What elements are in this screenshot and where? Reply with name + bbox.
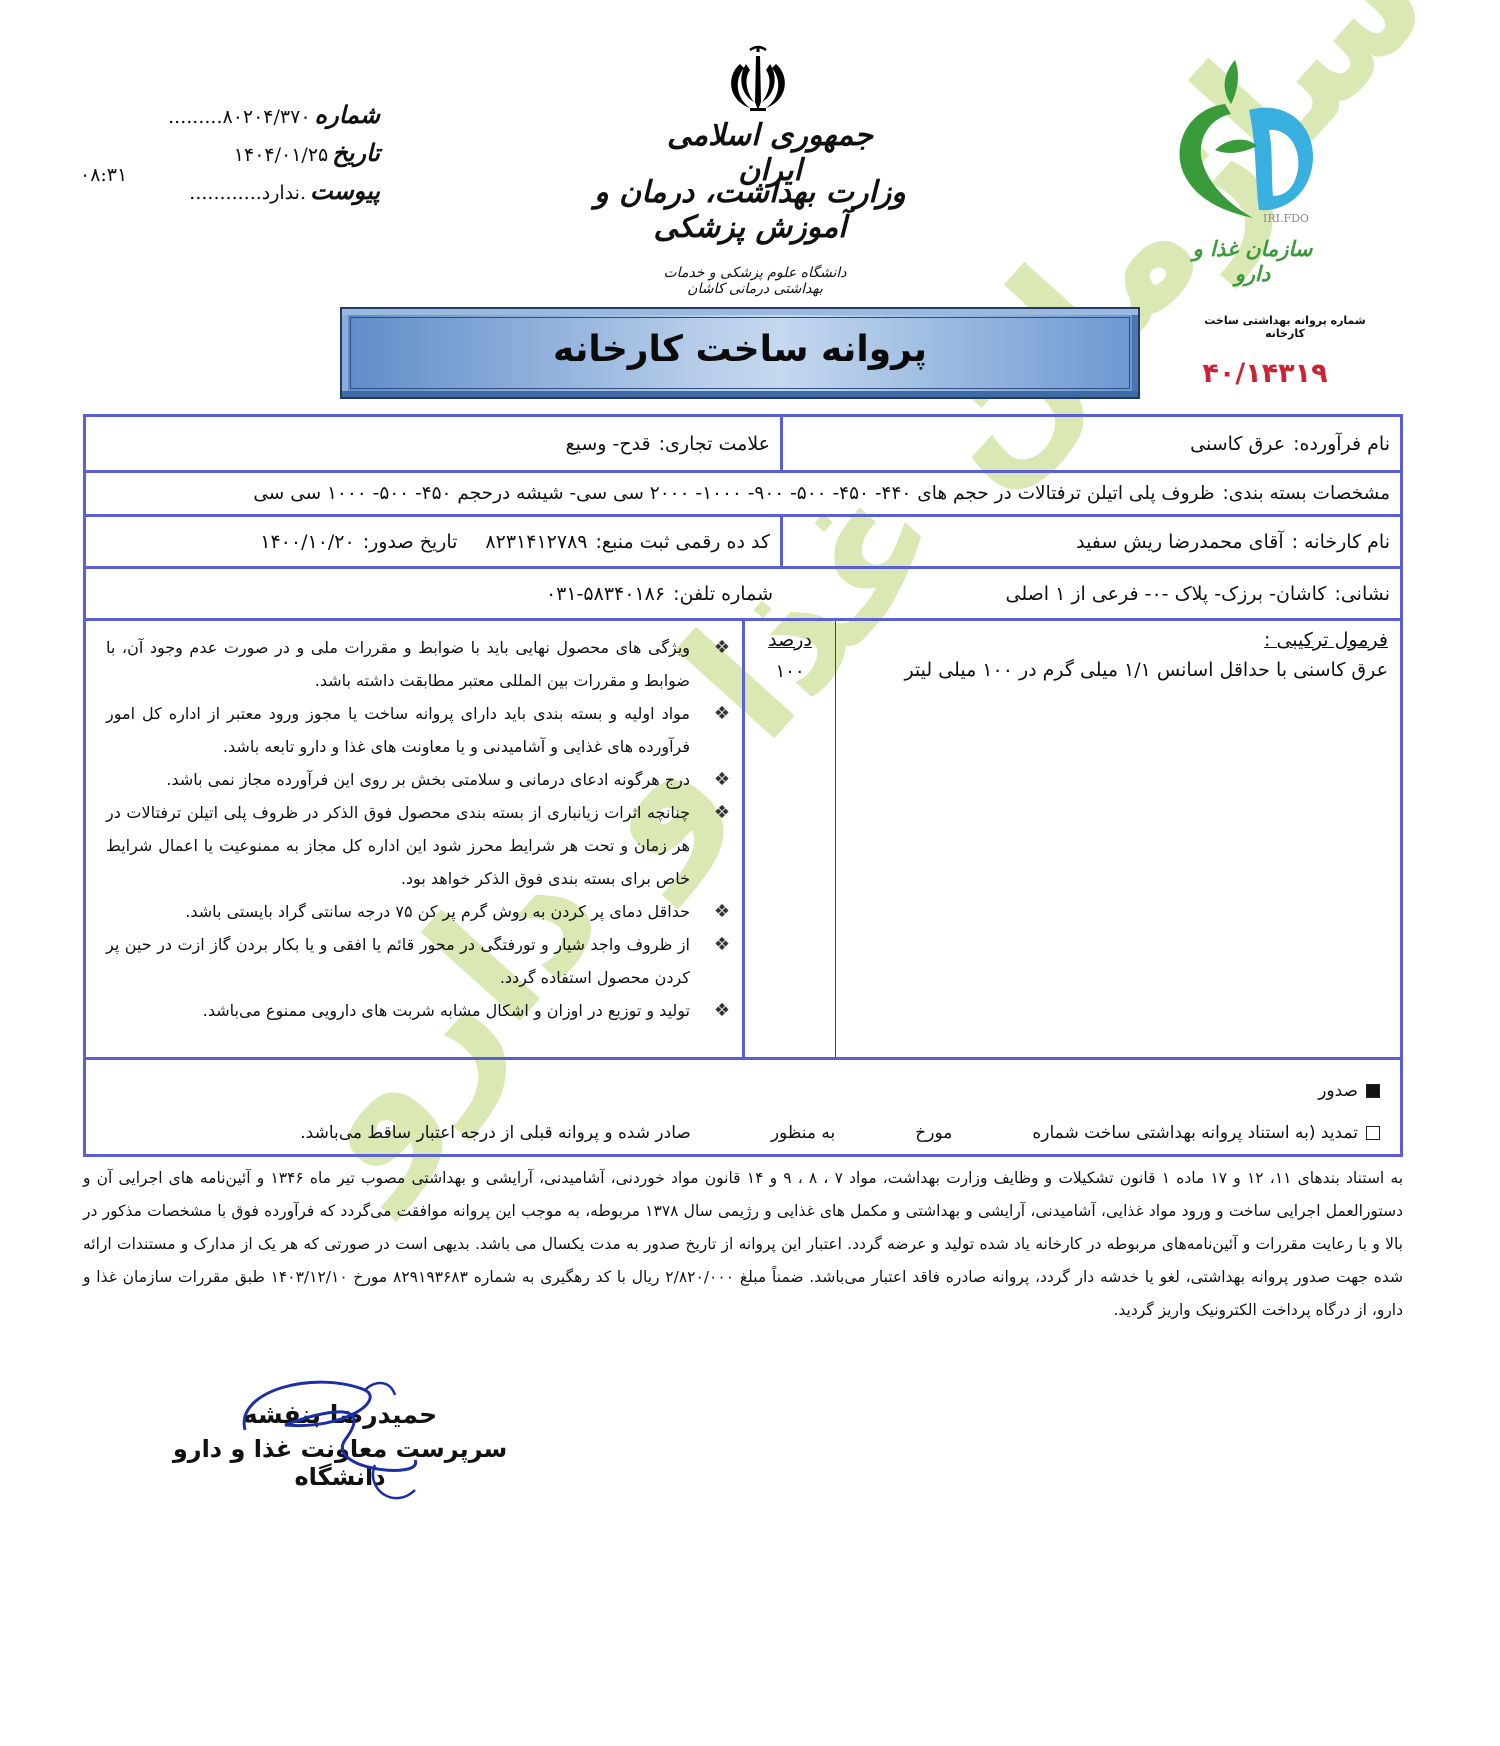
renewal-purpose-label: به منظور [771, 1123, 835, 1143]
letter-number-value: ۸۰۲۰۴/۳۷۰......... [168, 106, 310, 128]
source-code-label: کد ده رقمی ثبت منبع: [595, 531, 770, 553]
rule-item: ❖مواد اولیه و بسته بندی باید دارای پروان… [106, 697, 730, 763]
address-cell: نشانی: کاشان- برزک- پلاک -۰- فرعی از ۱ ا… [783, 569, 1400, 618]
diamond-bullet-icon: ❖ [690, 895, 730, 928]
form-row-packaging: مشخصات بسته بندی: ظروف پلی اتیلن ترفتالا… [83, 470, 1403, 514]
form-row-address: نشانی: کاشان- برزک- پلاک -۰- فرعی از ۱ ا… [83, 566, 1403, 618]
university-title: دانشگاه علوم پزشکی و خدمات بهداشتی درمان… [640, 265, 870, 297]
issue-option-label: صدور [1318, 1081, 1358, 1101]
letter-date-label: تاریخ [332, 138, 380, 167]
phone-cell: شماره تلفن: ۰۳۱-۵۸۳۴۰۱۸۶ [86, 569, 783, 618]
form-row-product: نام فرآورده: عرق کاسنی علامت تجاری: قدح-… [83, 414, 1403, 470]
packaging-value: ظروف پلی اتیلن ترفتالات در حجم های ۴۴۰- … [253, 483, 1214, 504]
factory-value: آقای محمدرضا ریش سفید [1076, 531, 1284, 553]
issue-checkbox[interactable] [1366, 1084, 1380, 1098]
issue-date-label: تاریخ صدور: [363, 531, 458, 553]
license-form: نام فرآورده: عرق کاسنی علامت تجاری: قدح-… [83, 414, 1403, 1157]
brand-label: علامت تجاری: [659, 433, 770, 455]
brand-value: قدح- وسیع [565, 433, 650, 455]
brand-cell: علامت تجاری: قدح- وسیع [86, 417, 783, 470]
factory-label: نام کارخانه : [1292, 531, 1390, 553]
diamond-bullet-icon: ❖ [690, 631, 730, 697]
factory-cell: نام کارخانه : آقای محمدرضا ریش سفید [783, 517, 1400, 566]
rule-item: ❖چنانچه اثرات زیانباری از بسته بندی محصو… [106, 796, 730, 895]
attachment-label: پیوست [310, 176, 380, 205]
product-cell: نام فرآورده: عرق کاسنی [783, 417, 1400, 470]
form-row-factory: نام کارخانه : آقای محمدرضا ریش سفید کد د… [83, 514, 1403, 566]
renewal-checkbox[interactable] [1366, 1126, 1380, 1140]
formula-title: فرمول ترکیبی : [848, 629, 1388, 651]
renewal-tail-text: صادر شده و پروانه قبلی از درجه اعتبار سا… [300, 1123, 691, 1143]
percent-value: ۱۰۰ [745, 661, 835, 682]
signature-scribble-icon [225, 1370, 455, 1510]
rule-item: ❖ویژگی های محصول نهایی باید با ضوابط و م… [106, 631, 730, 697]
title-banner: پروانه ساخت کارخانه [340, 307, 1140, 399]
product-label: نام فرآورده: [1293, 433, 1390, 455]
phone-value: ۰۳۱-۵۸۳۴۰۱۸۶ [546, 583, 665, 605]
fda-name: سازمان غذا و دارو [1180, 236, 1325, 286]
rule-item: ❖درج هرگونه ادعای درمانی و سلامتی بخش بر… [106, 763, 730, 796]
product-value: عرق کاسنی [1190, 433, 1285, 455]
packaging-cell: مشخصات بسته بندی: ظروف پلی اتیلن ترفتالا… [86, 473, 1400, 514]
address-label: نشانی: [1334, 583, 1390, 605]
letter-date-value: ۱۴۰۴/۰۱/۲۵ [234, 144, 328, 166]
issue-option: صدور [106, 1070, 1380, 1112]
renewal-dated-label: مورخ [915, 1123, 952, 1143]
diamond-bullet-icon: ❖ [690, 796, 730, 895]
fda-logo-text: IRI.FDO [1263, 212, 1309, 225]
attachment-value: .ندارد............ [189, 182, 306, 204]
form-row-formula: فرمول ترکیبی : عرق کاسنی با حداقل اسانس … [83, 618, 1403, 1057]
rule-item: ❖از ظروف واجد شیار و تورفتگی در محور قائ… [106, 928, 730, 994]
letter-meta: شماره ۸۰۲۰۴/۳۷۰......... تاریخ ۱۴۰۴/۰۱/۲… [70, 100, 380, 214]
form-row-issue-type: صدور تمدید (به استناد پروانه بهداشتی ساخ… [83, 1057, 1403, 1157]
diamond-bullet-icon: ❖ [690, 697, 730, 763]
diamond-bullet-icon: ❖ [690, 928, 730, 994]
ministry-title: وزارت بهداشت، درمان و آموزش پزشکی [585, 175, 915, 245]
letter-number-row: شماره ۸۰۲۰۴/۳۷۰......... [70, 100, 380, 138]
source-code-value: ۸۲۳۱۴۱۲۷۸۹ [485, 531, 587, 553]
letter-time: ۰۸:۳۱ [80, 164, 127, 186]
diamond-bullet-icon: ❖ [690, 763, 730, 796]
phone-label: شماره تلفن: [673, 583, 773, 605]
page-title: پروانه ساخت کارخانه [342, 329, 1138, 370]
address-value: کاشان- برزک- پلاک -۰- فرعی از ۱ اصلی [1005, 583, 1326, 605]
source-code-cell: کد ده رقمی ثبت منبع: ۸۲۳۱۴۱۲۷۸۹ تاریخ صد… [86, 517, 783, 566]
diamond-bullet-icon: ❖ [690, 994, 730, 1027]
renewal-option-label: تمدید (به استناد پروانه بهداشتی ساخت شما… [1032, 1123, 1358, 1143]
legal-paragraph: به استناد بندهای ۱۱، ۱۲ و ۱۷ ماده ۱ قانو… [83, 1162, 1403, 1327]
rule-item: ❖حداقل دمای پر کردن به روش گرم پر کن ۷۵ … [106, 895, 730, 928]
formula-cell: فرمول ترکیبی : عرق کاسنی با حداقل اسانس … [835, 621, 1400, 1057]
fda-logo-icon: IRI.FDO [1165, 52, 1325, 232]
packaging-label: مشخصات بسته بندی: [1222, 483, 1390, 504]
license-number-label: شماره پروانه بهداشتی ساخت کارخانه [1195, 314, 1375, 340]
letter-number-label: شماره [315, 100, 380, 129]
percent-cell: درصد ۱۰۰ [745, 621, 835, 1057]
iran-emblem-icon [720, 42, 796, 118]
rule-item: ❖تولید و توزیع در اوزان و اشکال مشابه شر… [106, 994, 730, 1027]
formula-text: عرق کاسنی با حداقل اسانس ۱/۱ میلی گرم در… [848, 659, 1388, 681]
license-number: ۴۰/۱۴۳۱۹ [1200, 358, 1330, 389]
renewal-option: تمدید (به استناد پروانه بهداشتی ساخت شما… [106, 1112, 1380, 1154]
issue-date-value: ۱۴۰۰/۱۰/۲۰ [260, 531, 354, 553]
rules-cell: ❖ویژگی های محصول نهایی باید با ضوابط و م… [86, 621, 745, 1057]
percent-title: درصد [745, 629, 835, 651]
